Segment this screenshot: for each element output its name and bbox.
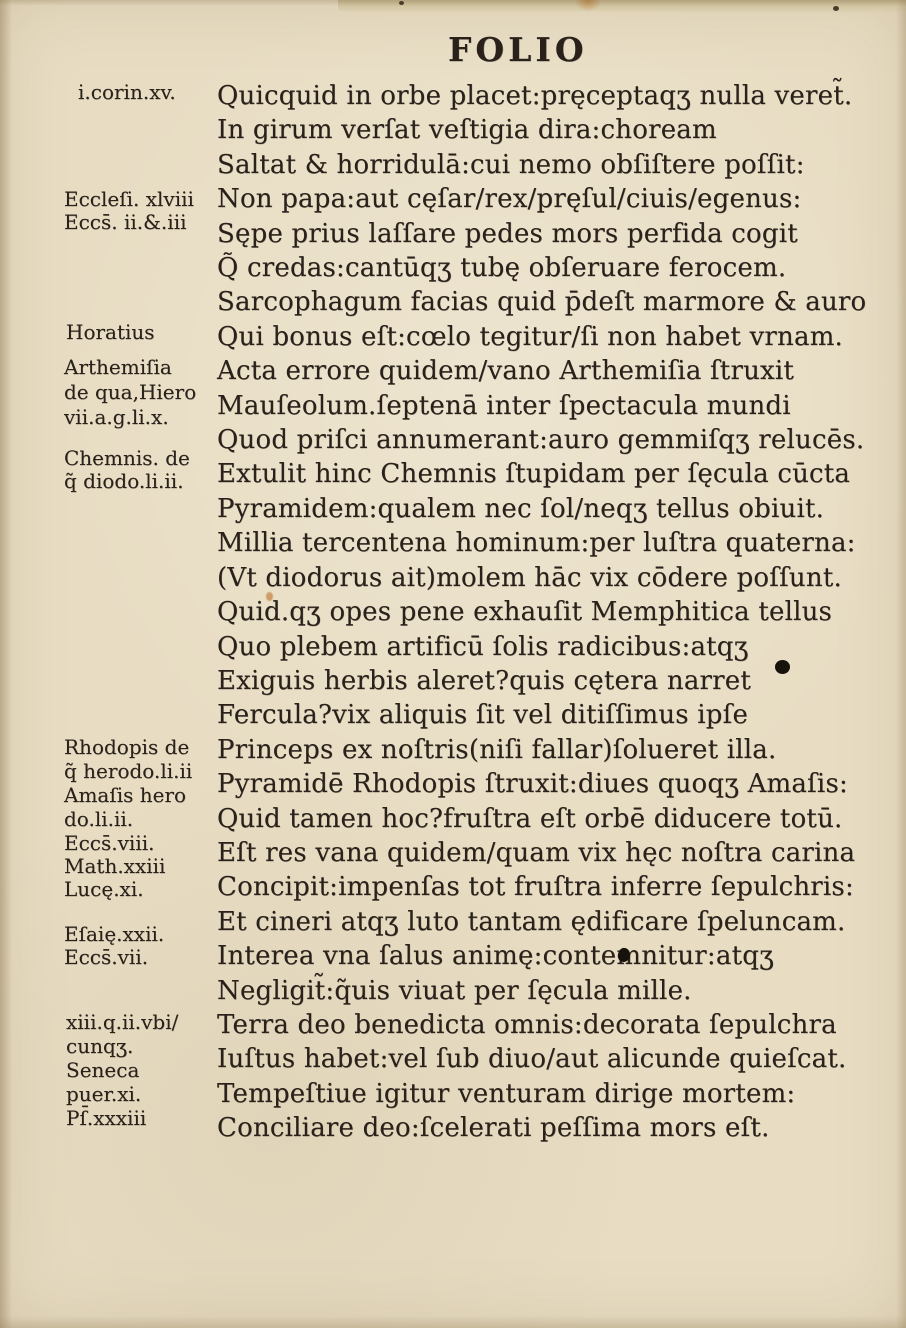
margin-note-line: Eccleſi. xlviii (64, 188, 194, 211)
book-page: FOLIO i.corin.xv.Eccleſi. xlviiiEccs̄. i… (0, 0, 906, 1328)
margin-note-line: vii.a.g.li.x. (64, 405, 196, 430)
verse-line: (Vt diodorus ait)molem hāc vix cōdere po… (217, 561, 903, 595)
margin-note-line: Horatius (66, 320, 155, 344)
scanned-book-photo: { "page": { "header": "FOLIO", "paper_co… (0, 0, 906, 1328)
verse-line: Non papa:aut cęſar/rex/pręſul/ciuis/egen… (217, 182, 903, 216)
margin-note-line: do.li.ii. (64, 807, 192, 831)
margin-note-line: Seneca (66, 1058, 178, 1082)
verse-line: Exiguis herbis aleret?quis cętera narret (217, 664, 903, 698)
margin-note-group: Eſaię.xxii.Eccs̄.vii. (64, 923, 164, 969)
ink-speck (833, 6, 839, 11)
verse-line: Terra deo benedicta omnis:decorata ſepul… (217, 1008, 903, 1042)
margin-note-line: de qua,Hiero (64, 380, 196, 405)
verse-line: Concipit:impenſas tot fruſtra inferre ſe… (217, 870, 903, 904)
verse-line: Quid tamen hoc?fruſtra eſt orbē diducere… (217, 802, 903, 836)
verse-line: Quicquid in orbe placet:pręceptaqʒ nulla… (217, 79, 903, 113)
margin-note-line: puer.xi. (66, 1082, 178, 1106)
verse-line: Sarcophagum facias quid p̄deſt marmore &… (217, 285, 903, 319)
verse-line: Saltat & horridulā:cui nemo obſiſtere po… (217, 148, 903, 182)
verse-line: Q̃ credas:cantūqʒ tubę obſeruare ferocem… (217, 251, 903, 285)
verse-line: Eſt res vana quidem/quam vix hęc noſtra … (217, 836, 903, 870)
verse-line: Quo plebem artificū ſolis radicibus:atqʒ (217, 630, 903, 664)
verse-line: Millia tercentena hominum:per luſtra qua… (217, 526, 903, 560)
verse-line: Conciliare deo:ſcelerati peſſima mors eſ… (217, 1111, 903, 1145)
margin-note-line: Eccs̄. ii.&.iii (64, 211, 194, 234)
verse-line: Fercula?vix aliquis ſit vel ditiſſimus i… (217, 698, 903, 732)
margin-note-group: Eccs̄.viii.Math.xxiiiLucę.xi. (64, 832, 165, 901)
margin-note-line: Eſaię.xxii. (64, 923, 164, 946)
verse-line: Negligit̃:q̃uis viuat per ſęcula mille. (217, 974, 903, 1008)
margin-note-group: Arthemiſiade qua,Hierovii.a.g.li.x. (64, 355, 196, 430)
margin-note-group: Chemnis. deq̃ diodo.li.ii. (64, 447, 190, 493)
verse-line: Iuſtus habet:vel ſub diuo/aut alicunde q… (217, 1042, 903, 1076)
margin-note-line: q̃ diodo.li.ii. (64, 470, 190, 493)
margin-note-line: Math.xxiii (64, 855, 165, 878)
margin-note-line: i.corin.xv. (78, 80, 176, 104)
margin-note-line: Pſ̄.xxxiii (66, 1106, 178, 1130)
margin-note-group: Rhodopis deq̃ herodo.li.iiAmaſis herodo.… (64, 735, 192, 831)
verse-line: Quod priſci annumerant:auro gemmiſqʒ rel… (217, 423, 903, 457)
margin-note-line: xiii.q.ii.vbi/ (66, 1010, 178, 1034)
margin-note-group: Eccleſi. xlviiiEccs̄. ii.&.iii (64, 188, 194, 234)
verse-line: Acta errore quidem/vano Arthemiſia ſtrux… (217, 354, 903, 388)
verse-line: Extulit hinc Chemnis ſtupidam per ſęcula… (217, 457, 903, 491)
verse-line: Qui bonus eſt:cœlo tegitur/ſi non habet … (217, 320, 903, 354)
margin-gutter: i.corin.xv.Eccleſi. xlviiiEccs̄. ii.&.ii… (64, 0, 229, 1328)
margin-note-line: Eccs̄.vii. (64, 946, 164, 969)
margin-note-line: Eccs̄.viii. (64, 832, 165, 855)
page-edge-left (0, 0, 12, 1328)
margin-note-group: Horatius (66, 320, 155, 344)
ink-spot (775, 660, 790, 674)
margin-note-line: q̃ herodo.li.ii (64, 759, 192, 783)
verse-line: Tempeſtiue igitur venturam dirige mortem… (217, 1077, 903, 1111)
margin-note-line: Lucę.xi. (64, 878, 165, 901)
margin-note-group: i.corin.xv. (78, 80, 176, 104)
verse-line: Sępe prius laſſare pedes mors perfida co… (217, 217, 903, 251)
page-title: FOLIO (448, 30, 588, 69)
verse-line: In girum verſat veſtigia dira:choream (217, 113, 903, 147)
verse-line: Interea vna ſalus animę:contemnitur:atqʒ (217, 939, 903, 973)
verse-line: Pyramidē Rhodopis ſtruxit:diues quoqʒ Am… (217, 767, 903, 801)
ink-speck (399, 1, 404, 5)
margin-note-line: Arthemiſia (64, 355, 196, 380)
margin-note-line: cunqʒ. (66, 1034, 178, 1058)
margin-note-line: Chemnis. de (64, 447, 190, 470)
verse-line: Quid.qʒ opes pene exhauſit Memphitica te… (217, 595, 903, 629)
margin-note-line: Amaſis hero (64, 783, 192, 807)
verse-line: Et cineri atqʒ luto tantam ędificare ſpe… (217, 905, 903, 939)
margin-note-group: xiii.q.ii.vbi/cunqʒ.Senecapuer.xi.Pſ̄.xx… (66, 1010, 178, 1130)
verse-line: Princeps ex noſtris(niſi fallar)ſolueret… (217, 733, 903, 767)
verse-block: Quicquid in orbe placet:pręceptaqʒ nulla… (217, 79, 903, 1146)
margin-note-line: Rhodopis de (64, 735, 192, 759)
verse-line: Mauſeolum.ſeptenā inter ſpectacula mundi (217, 389, 903, 423)
verse-line: Pyramidem:qualem nec ſol/neqʒ tellus obi… (217, 492, 903, 526)
